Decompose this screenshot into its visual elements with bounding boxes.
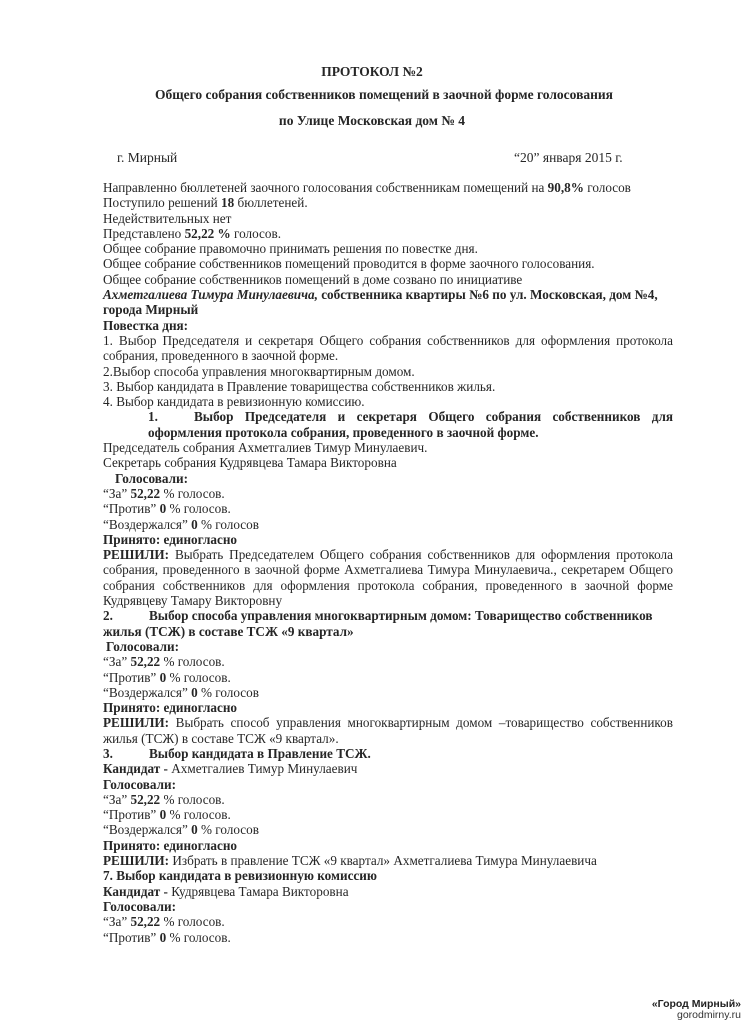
document-body: Направленно бюллетеней заочного голосова… bbox=[103, 180, 673, 945]
voted-heading: Голосовали: bbox=[103, 899, 673, 914]
section-2-title: 2.Выбор способа управления многоквартирн… bbox=[103, 608, 673, 639]
agenda-item: 2.Выбор способа управления многоквартирн… bbox=[103, 364, 673, 379]
voted-heading: Голосовали: bbox=[103, 777, 673, 792]
vote-for: “За” 52,22 % голосов. bbox=[103, 792, 673, 807]
accepted-line: Принято: единогласно bbox=[103, 532, 673, 547]
voted-heading: Голосовали: bbox=[103, 471, 673, 486]
candidate-line: Кандидат - Кудрявцева Тамара Викторовна bbox=[103, 884, 673, 899]
ballots-received: Поступило решений 18 бюллетеней. bbox=[103, 195, 673, 210]
initiative-statement: Общее собрание собственников помещений в… bbox=[103, 272, 673, 287]
agenda-item: 3. Выбор кандидата в Правление товарищес… bbox=[103, 379, 673, 394]
vote-abstain: “Воздержался” 0 % голосов bbox=[103, 822, 673, 837]
initiator: Ахметгалиева Тимура Минулаевича, собстве… bbox=[103, 287, 673, 318]
competence-statement: Общее собрание правомочно принимать реше… bbox=[103, 241, 673, 256]
candidate-line: Кандидат - Ахметгалиев Тимур Минулаевич bbox=[103, 761, 673, 776]
vote-abstain: “Воздержался” 0 % голосов bbox=[103, 517, 673, 532]
city: г. Мирный bbox=[117, 150, 177, 166]
agenda-heading: Повестка дня: bbox=[103, 318, 673, 333]
ballots-sent: Направленно бюллетеней заочного голосова… bbox=[103, 180, 673, 195]
document-title: ПРОТОКОЛ №2 bbox=[0, 64, 744, 80]
agenda-item: 1. Выбор Председателя и секретаря Общего… bbox=[103, 333, 673, 364]
vote-for: “За” 52,22 % голосов. bbox=[103, 914, 673, 929]
document-page: ПРОТОКОЛ №2 Общего собрания собственнико… bbox=[0, 0, 744, 1024]
decision: РЕШИЛИ: Выбрать способ управления многок… bbox=[103, 715, 673, 746]
accepted-line: Принято: единогласно bbox=[103, 700, 673, 715]
form-statement: Общее собрание собственников помещений п… bbox=[103, 256, 673, 271]
invalid-ballots: Недействительных нет bbox=[103, 211, 673, 226]
document-address: по Улице Московская дом № 4 bbox=[0, 113, 744, 129]
vote-against: “Против” 0 % голосов. bbox=[103, 501, 673, 516]
source-watermark: «Город Мирный» gorodmirny.ru bbox=[652, 999, 741, 1021]
agenda-item: 4. Выбор кандидата в ревизионную комисси… bbox=[103, 394, 673, 409]
vote-against: “Против” 0 % голосов. bbox=[103, 930, 673, 945]
secretary-line: Секретарь собрания Кудрявцева Тамара Вик… bbox=[103, 455, 673, 470]
section-4-title: 7. Выбор кандидата в ревизионную комисси… bbox=[103, 868, 673, 883]
vote-for: “За” 52,22 % голосов. bbox=[103, 654, 673, 669]
section-1-title: 1.Выбор Председателя и секретаря Общего … bbox=[103, 409, 673, 440]
vote-against: “Против” 0 % голосов. bbox=[103, 670, 673, 685]
vote-for: “За” 52,22 % голосов. bbox=[103, 486, 673, 501]
vote-against: “Против” 0 % голосов. bbox=[103, 807, 673, 822]
section-3-title: 3.Выбор кандидата в Правление ТСЖ. bbox=[103, 746, 673, 761]
votes-represented: Представлено 52,22 % голосов. bbox=[103, 226, 673, 241]
decision: РЕШИЛИ: Избрать в правление ТСЖ «9 кварт… bbox=[103, 853, 673, 868]
accepted-line: Принято: единогласно bbox=[103, 838, 673, 853]
document-date: “20” января 2015 г. bbox=[514, 150, 623, 166]
chairman-line: Председатель собрания Ахметгалиев Тимур … bbox=[103, 440, 673, 455]
vote-abstain: “Воздержался” 0 % голосов bbox=[103, 685, 673, 700]
voted-heading: Голосовали: bbox=[103, 639, 673, 654]
decision: РЕШИЛИ: Выбрать Председателем Общего соб… bbox=[103, 547, 673, 608]
watermark-site: gorodmirny.ru bbox=[652, 1010, 741, 1021]
document-subtitle: Общего собрания собственников помещений … bbox=[12, 87, 744, 103]
